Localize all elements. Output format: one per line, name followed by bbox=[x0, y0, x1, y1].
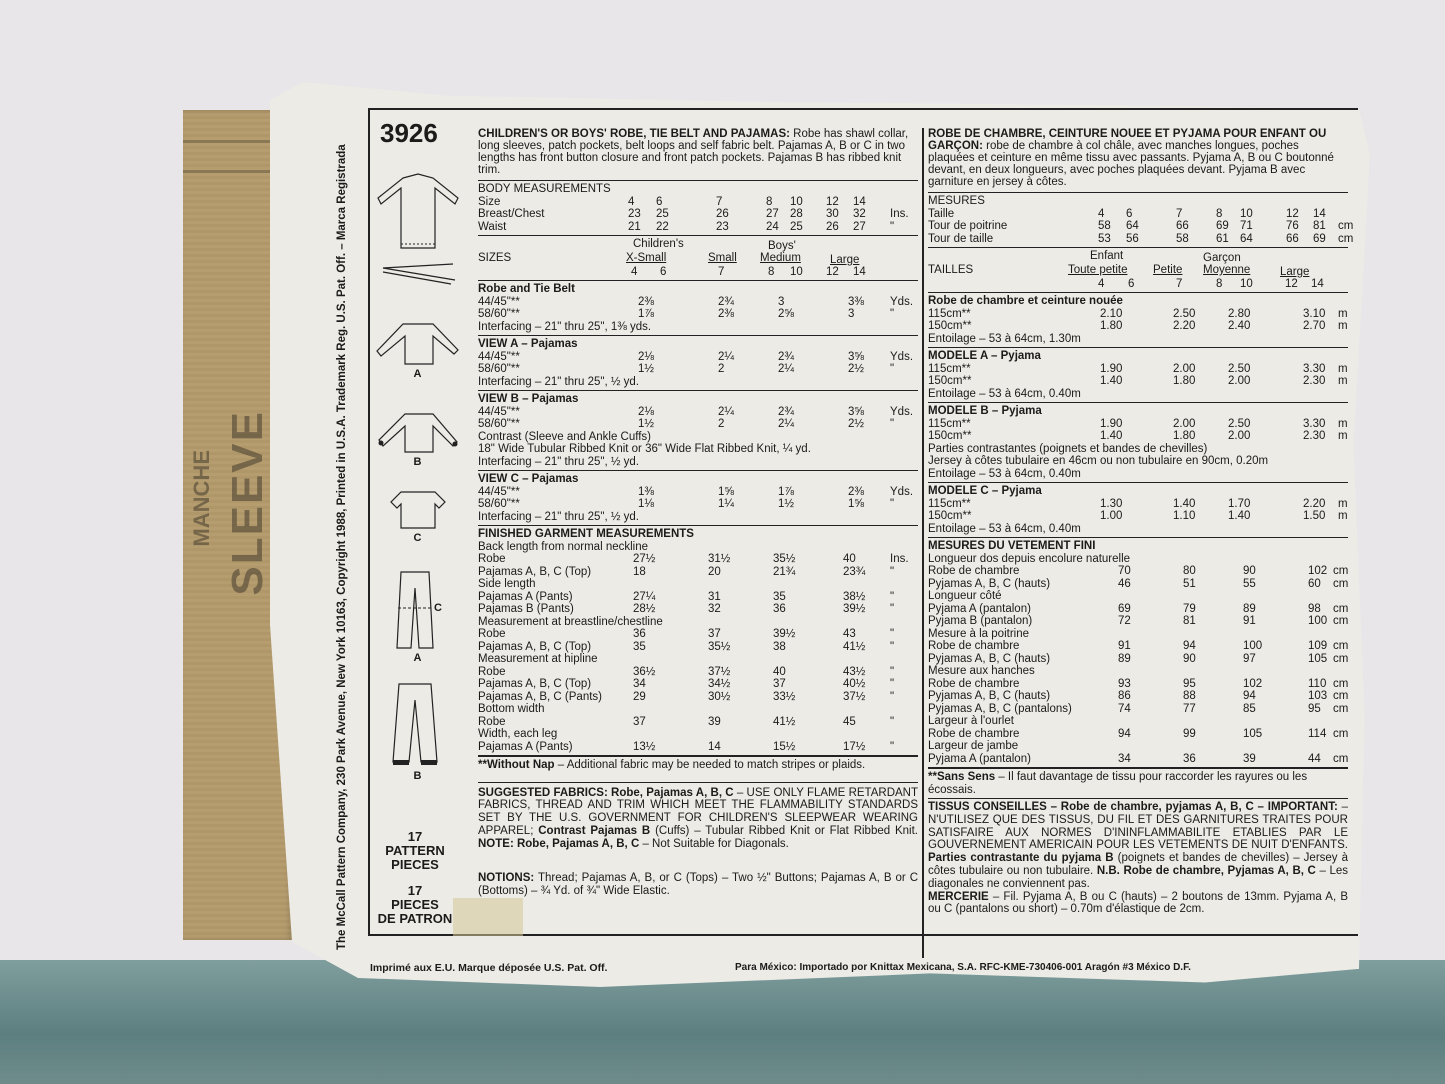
measurement-value: 10 bbox=[1240, 208, 1253, 221]
measurement-value: 30½ bbox=[708, 691, 730, 704]
row-label: Longueur dos depuis encolure naturelle bbox=[928, 553, 1130, 566]
measurement-value: 27 bbox=[766, 208, 779, 221]
measurement-value: 27½ bbox=[633, 553, 655, 566]
measurement-value: 34 bbox=[1118, 753, 1131, 766]
sizes-header: SIZES Children's Boys' X-Small Small Med… bbox=[478, 238, 918, 278]
yardage-value: 1.90 bbox=[1100, 418, 1122, 431]
yardage-value: 2¼ bbox=[718, 406, 734, 419]
measurement-value: 6 bbox=[656, 196, 662, 209]
measurement-value: 97 bbox=[1243, 653, 1256, 666]
yardage-heading: VIEW C – Pajamas bbox=[478, 473, 918, 486]
body-measurement-row: Waist21222324252627" bbox=[478, 221, 918, 234]
row-label: Breast/Chest bbox=[478, 208, 544, 221]
unit-label: " bbox=[890, 716, 894, 729]
unit-label: " bbox=[890, 308, 894, 321]
yardage-row: 58/60"**1⅞2⅜2⅝3" bbox=[478, 308, 918, 321]
measurement-value: 94 bbox=[1118, 728, 1131, 741]
measurement-value: 8 bbox=[766, 196, 772, 209]
finished-row: Robe de chambre9194100109cm bbox=[928, 640, 1348, 653]
row-label: Robe de chambre bbox=[928, 678, 1019, 691]
row-label: Robe bbox=[478, 716, 506, 729]
measurement-value: 38½ bbox=[843, 591, 865, 604]
finished-heading: FINISHED GARMENT MEASUREMENTS bbox=[478, 528, 918, 541]
sizes-heading-fr: TAILLES bbox=[928, 264, 973, 277]
pattern-number: 3926 bbox=[380, 118, 438, 149]
row-label: Tour de taille bbox=[928, 233, 993, 246]
finished-row: Pajamas B (Pants)28½323639½" bbox=[478, 603, 918, 616]
yardage-extra: Contrast (Sleeve and Ankle Cuffs) bbox=[478, 431, 918, 444]
unit-label: Ins. bbox=[890, 208, 909, 221]
yardage-value: 2⅜ bbox=[848, 486, 864, 499]
measurement-value: 15½ bbox=[773, 741, 795, 754]
cardboard-stamp-main: SLEEVE bbox=[223, 410, 273, 596]
unit-label: Yds. bbox=[890, 406, 913, 419]
row-label: Pyjamas A, B, C (hauts) bbox=[928, 653, 1050, 666]
finished-row: Robe27½31½35½40Ins. bbox=[478, 553, 918, 566]
row-label: Robe de chambre bbox=[928, 728, 1019, 741]
finished-row: Mesure aux hanches bbox=[928, 665, 1348, 678]
finished-row: Pajamas A (Pants)27¼313538½" bbox=[478, 591, 918, 604]
finished-measurements-table: Back length from normal necklineRobe27½3… bbox=[478, 541, 918, 754]
unit-label: " bbox=[890, 566, 894, 579]
measurement-value: 35 bbox=[633, 641, 646, 654]
fabric-width-label: 58/60"** bbox=[478, 498, 520, 511]
measurement-value: 110 bbox=[1308, 678, 1326, 691]
yardage-value: 1.10 bbox=[1173, 510, 1195, 523]
size-medium-fr: Moyenne bbox=[1203, 264, 1250, 277]
unit-label: m bbox=[1338, 320, 1348, 333]
row-label: Pajamas A, B, C (Top) bbox=[478, 641, 591, 654]
measurement-value: 90 bbox=[1243, 565, 1256, 578]
unit-label: " bbox=[890, 591, 894, 604]
yardage-value: 2.50 bbox=[1173, 308, 1195, 321]
section-divider bbox=[478, 390, 918, 391]
size-small: Small bbox=[708, 252, 737, 265]
row-label: Robe de chambre bbox=[928, 640, 1019, 653]
unit-label: Ins. bbox=[890, 553, 909, 566]
measurement-value: 39½ bbox=[773, 628, 795, 641]
fabrics-note-text: – Not Suitable for Diagonals. bbox=[639, 838, 789, 850]
yardage-value: 3 bbox=[778, 296, 784, 309]
yardage-heading: MODELE A – Pyjama bbox=[928, 350, 1348, 363]
yardage-value: 2¼ bbox=[778, 418, 794, 431]
measurement-value: 10 bbox=[790, 196, 803, 209]
size-number: 8 bbox=[768, 266, 774, 279]
measurement-value: 44 bbox=[1308, 753, 1321, 766]
measurement-value: 95 bbox=[1308, 703, 1321, 716]
unit-label: " bbox=[890, 221, 894, 234]
section-divider bbox=[928, 402, 1348, 403]
yardage-heading: MODELE C – Pyjama bbox=[928, 485, 1348, 498]
unit-label: cm bbox=[1333, 753, 1348, 766]
yardage-value: 1½ bbox=[638, 363, 654, 376]
yardage-heading: VIEW A – Pajamas bbox=[478, 338, 918, 351]
measurement-value: 7 bbox=[1176, 208, 1182, 221]
measurement-value: 7 bbox=[716, 196, 722, 209]
measurement-value: 12 bbox=[1286, 208, 1299, 221]
measurement-value: 66 bbox=[1176, 220, 1189, 233]
size-number: 7 bbox=[718, 266, 724, 279]
yardage-value: 2.80 bbox=[1228, 308, 1250, 321]
measurement-value: 41½ bbox=[843, 641, 865, 654]
robe-icon bbox=[373, 170, 463, 250]
yardage-value: 1⅜ bbox=[638, 486, 654, 499]
fabric-width-label: 44/45"** bbox=[478, 296, 520, 309]
finished-row: Longueur côté bbox=[928, 590, 1348, 603]
size-large-fr: Large bbox=[1280, 266, 1309, 279]
yardage-value: 2.20 bbox=[1303, 498, 1325, 511]
row-label: Pyjamas A, B, C (hauts) bbox=[928, 578, 1050, 591]
measurement-value: 61 bbox=[1216, 233, 1229, 246]
pieces-count: 17 bbox=[370, 830, 460, 844]
yardage-row: 115cm**1.301.401.702.20m bbox=[928, 498, 1348, 511]
unit-label: cm bbox=[1333, 615, 1348, 628]
row-label: Mesure aux hanches bbox=[928, 665, 1035, 678]
sizes-header-fr: TAILLES Enfant Garçon Toute petite Petit… bbox=[928, 250, 1348, 290]
size-small-fr: Petite bbox=[1153, 264, 1182, 277]
yardage-value: 2⅛ bbox=[638, 406, 654, 419]
footer-printed-note: Imprimé aux E.U. Marque déposée U.S. Pat… bbox=[370, 962, 607, 974]
english-column: CHILDREN'S OR BOYS' ROBE, TIE BELT AND P… bbox=[478, 128, 918, 898]
finished-row: Mesure à la poitrine bbox=[928, 628, 1348, 641]
notions: NOTIONS: Thread; Pajamas A, B, or C (Top… bbox=[478, 872, 918, 898]
yardage-extra: Jersey à côtes tubulaire en 46cm ou non … bbox=[928, 455, 1348, 468]
nap-note: **Without Nap – Additional fabric may be… bbox=[478, 759, 918, 772]
row-label: Measurement at hipline bbox=[478, 653, 598, 666]
measurement-value: 91 bbox=[1243, 615, 1256, 628]
yardage-extra: Entoilage – 53 à 64cm, 0.40m bbox=[928, 468, 1348, 481]
yardage-heading: MODELE B – Pyjama bbox=[928, 405, 1348, 418]
row-label: Pajamas A, B, C (Top) bbox=[478, 678, 591, 691]
unit-label: " bbox=[890, 741, 894, 754]
measurement-value: 34 bbox=[633, 678, 646, 691]
yardage-value: 2.00 bbox=[1228, 375, 1250, 388]
nap-note-label-fr: **Sans Sens bbox=[928, 771, 995, 783]
yardage-extra: Interfacing – 21" thru 25", 1⅜ yds. bbox=[478, 321, 918, 334]
size-medium: Medium bbox=[760, 252, 801, 265]
fabrics-contrast-label-fr: Parties contrastante du pyjama B bbox=[928, 852, 1114, 864]
row-label: Largeur à l'ourlet bbox=[928, 715, 1014, 728]
yardage-value: 1.70 bbox=[1228, 498, 1250, 511]
yardage-row: 150cm**1.401.802.002.30m bbox=[928, 375, 1348, 388]
body-measurements-table-fr: Taille4678101214Tour de poitrine58646669… bbox=[928, 208, 1348, 246]
finished-row: Pyjamas A, B, C (hauts)868894103cm bbox=[928, 690, 1348, 703]
size-number: 6 bbox=[1128, 278, 1134, 291]
yardage-value: 2⅜ bbox=[718, 308, 734, 321]
measurement-value: 56 bbox=[1126, 233, 1139, 246]
measurement-value: 14 bbox=[1313, 208, 1326, 221]
measurement-value: 23 bbox=[716, 221, 729, 234]
unit-label: m bbox=[1338, 375, 1348, 388]
measurement-value: 39½ bbox=[843, 603, 865, 616]
notions-text-fr: – Fil. Pyjama A, B ou C (hauts) – 2 bout… bbox=[928, 891, 1348, 916]
finished-row: Pyjama A (pantalon)69798998cm bbox=[928, 603, 1348, 616]
measurement-value: 36 bbox=[1183, 753, 1196, 766]
measurement-value: 95 bbox=[1183, 678, 1196, 691]
fabric-width-label: 150cm** bbox=[928, 375, 971, 388]
yardage-row: 58/60"**1½22¼2½" bbox=[478, 363, 918, 376]
row-label: Pyjama A (pantalon) bbox=[928, 753, 1031, 766]
measurement-value: 27 bbox=[853, 221, 866, 234]
measurement-value: 39 bbox=[1243, 753, 1256, 766]
yardage-value: 1.80 bbox=[1173, 430, 1195, 443]
measurement-value: 28 bbox=[790, 208, 803, 221]
sizes-group-children-fr: Enfant bbox=[1090, 250, 1123, 263]
section-divider bbox=[478, 335, 918, 336]
measurement-value: 29 bbox=[633, 691, 646, 704]
row-label: Back length from normal neckline bbox=[478, 541, 648, 554]
yardage-value: 2⅝ bbox=[778, 308, 794, 321]
unit-label: " bbox=[890, 691, 894, 704]
measurement-value: 64 bbox=[1240, 233, 1253, 246]
unit-label: " bbox=[890, 498, 894, 511]
size-number: 10 bbox=[1240, 278, 1253, 291]
pattern-pieces-en: 17 PATTERN PIECES bbox=[370, 830, 460, 872]
finished-row: Pajamas A, B, C (Pants)2930½33½37½" bbox=[478, 691, 918, 704]
pajama-top-a-icon bbox=[373, 320, 463, 368]
measurement-value: 4 bbox=[628, 196, 634, 209]
fabrics-note-label-fr: N.B. Robe de chambre, Pyjamas A, B, C bbox=[1097, 865, 1316, 877]
section-divider bbox=[928, 537, 1348, 538]
robe-illustration bbox=[370, 170, 465, 250]
measurement-value: 35 bbox=[773, 591, 786, 604]
notions-heading-fr: MERCERIE bbox=[928, 891, 989, 903]
unit-label: cm bbox=[1333, 703, 1348, 716]
body-measurement-row: Breast/Chest23252627283032Ins. bbox=[478, 208, 918, 221]
yardage-section: Robe and Tie Belt44/45"**2⅜2¾33⅜Yds.58/6… bbox=[478, 283, 918, 526]
row-label: Pajamas A (Pants) bbox=[478, 741, 573, 754]
body-measurements-heading-fr: MESURES bbox=[928, 195, 1348, 208]
yardage-row: 58/60"**1⅛1¼1½1⅝" bbox=[478, 498, 918, 511]
unit-label: cm bbox=[1333, 678, 1348, 691]
unit-label: " bbox=[890, 363, 894, 376]
measurement-value: 91 bbox=[1118, 640, 1131, 653]
measurement-value: 17½ bbox=[843, 741, 865, 754]
fabric-width-label: 150cm** bbox=[928, 430, 971, 443]
size-number: 14 bbox=[853, 266, 866, 279]
measurement-value: 6 bbox=[1126, 208, 1132, 221]
measurement-value: 100 bbox=[1243, 640, 1262, 653]
yardage-value: 1½ bbox=[778, 498, 794, 511]
section-divider bbox=[478, 470, 918, 471]
yardage-row: 58/60"**1½22¼2½" bbox=[478, 418, 918, 431]
body-measurements-heading: BODY MEASUREMENTS bbox=[478, 183, 918, 196]
size-number: 12 bbox=[826, 266, 839, 279]
body-measurements-table: Size4678101214Breast/Chest23252627283032… bbox=[478, 196, 918, 234]
yardage-extra: Entoilage – 53 à 64cm, 0.40m bbox=[928, 523, 1348, 536]
sizes-heading: SIZES bbox=[478, 252, 511, 265]
measurement-value: 88 bbox=[1183, 690, 1196, 703]
measurement-value: 58 bbox=[1098, 220, 1111, 233]
body-measurement-row: Tour de poitrine58646669717681cm bbox=[928, 220, 1348, 233]
yardage-value: 1.00 bbox=[1100, 510, 1122, 523]
row-label: Measurement at breastline/chestline bbox=[478, 616, 663, 629]
measurement-value: 40 bbox=[843, 553, 856, 566]
pants-b-icon bbox=[373, 680, 463, 770]
measurement-value: 46 bbox=[1118, 578, 1131, 591]
yardage-value: 2.40 bbox=[1228, 320, 1250, 333]
measurement-value: 38 bbox=[773, 641, 786, 654]
unit-label: cm bbox=[1333, 728, 1348, 741]
pajama-top-a-illustration: A bbox=[370, 320, 465, 380]
yardage-row: 150cm**1.802.202.402.70m bbox=[928, 320, 1348, 333]
fabric-width-label: 150cm** bbox=[928, 510, 971, 523]
yardage-value: 3⅝ bbox=[848, 351, 864, 364]
measurement-value: 69 bbox=[1313, 233, 1326, 246]
unit-label: Yds. bbox=[890, 296, 913, 309]
yardage-value: 2.30 bbox=[1303, 430, 1325, 443]
row-label: Pyjama A (pantalon) bbox=[928, 603, 1031, 616]
size-number: 4 bbox=[1098, 278, 1104, 291]
yardage-value: 2.30 bbox=[1303, 375, 1325, 388]
measurement-value: 22 bbox=[656, 221, 669, 234]
row-label: Robe bbox=[478, 553, 506, 566]
yardage-value: 1⅞ bbox=[638, 308, 654, 321]
fabric-width-label: 115cm** bbox=[928, 363, 971, 376]
pajama-top-b-icon bbox=[373, 410, 463, 456]
pieces-count: 17 bbox=[370, 884, 460, 898]
view-label: A bbox=[370, 368, 465, 380]
yardage-heading: Robe and Tie Belt bbox=[478, 283, 918, 296]
yardage-value: 3.30 bbox=[1303, 418, 1325, 431]
finished-row: Measurement at hipline bbox=[478, 653, 918, 666]
fabric-width-label: 115cm** bbox=[928, 308, 971, 321]
yardage-value: 2⅛ bbox=[638, 351, 654, 364]
section-divider bbox=[928, 347, 1348, 348]
measurement-value: 105 bbox=[1243, 728, 1262, 741]
row-label: Pajamas A, B, C (Top) bbox=[478, 566, 591, 579]
finished-row: Pyjama B (pantalon)728191100cm bbox=[928, 615, 1348, 628]
measurement-value: 81 bbox=[1183, 615, 1196, 628]
yardage-value: 1.40 bbox=[1100, 375, 1122, 388]
measurement-value: 13½ bbox=[633, 741, 655, 754]
yardage-value: 2.00 bbox=[1173, 418, 1195, 431]
measurement-value: 79 bbox=[1183, 603, 1196, 616]
garment-description: CHILDREN'S OR BOYS' ROBE, TIE BELT AND P… bbox=[478, 128, 918, 176]
finished-row: Pyjama A (pantalon)34363944cm bbox=[928, 753, 1348, 766]
measurement-value: 100 bbox=[1308, 615, 1327, 628]
unit-label: m bbox=[1338, 308, 1348, 321]
notions-fr: MERCERIE – Fil. Pyjama A, B ou C (hauts)… bbox=[928, 891, 1348, 917]
measurement-value: 102 bbox=[1308, 565, 1327, 578]
yardage-value: 2.70 bbox=[1303, 320, 1325, 333]
finished-row: Robe373941½45" bbox=[478, 716, 918, 729]
body-measurement-row: Tour de taille53565861646669cm bbox=[928, 233, 1348, 246]
size-large: Large bbox=[830, 254, 859, 267]
finished-heading-fr: MESURES DU VETEMENT FINI bbox=[928, 540, 1348, 553]
measurement-value: 53 bbox=[1098, 233, 1111, 246]
unit-label: cm bbox=[1338, 220, 1353, 233]
yardage-extra: Entoilage – 53 à 64cm, 0.40m bbox=[928, 388, 1348, 401]
measurement-value: 39 bbox=[708, 716, 721, 729]
unit-label: cm bbox=[1333, 565, 1348, 578]
measurement-value: 23¾ bbox=[843, 566, 865, 579]
yardage-value: 2.50 bbox=[1228, 418, 1250, 431]
yardage-row: 115cm**1.902.002.503.30m bbox=[928, 363, 1348, 376]
sizes-group-children: Children's bbox=[633, 238, 684, 251]
pajama-top-b-illustration: B bbox=[370, 410, 465, 468]
yardage-value: 1⅛ bbox=[638, 498, 654, 511]
yardage-value: 2¾ bbox=[778, 406, 794, 419]
unit-label: " bbox=[890, 418, 894, 431]
measurement-value: 71 bbox=[1240, 220, 1253, 233]
measurement-value: 34½ bbox=[708, 678, 730, 691]
notions-text: Thread; Pajamas A, B, or C (Tops) – Two … bbox=[478, 872, 918, 897]
measurement-value: 26 bbox=[716, 208, 729, 221]
yardage-row: 44/45"**2⅛2¼2¾3⅝Yds. bbox=[478, 351, 918, 364]
measurement-value: 60 bbox=[1308, 578, 1321, 591]
size-number: 6 bbox=[660, 266, 666, 279]
fabric-width-label: 58/60"** bbox=[478, 363, 520, 376]
unit-label: cm bbox=[1338, 233, 1353, 246]
unit-label: m bbox=[1338, 510, 1348, 523]
unit-label: cm bbox=[1333, 653, 1348, 666]
yardage-heading: Robe de chambre et ceinture nouée bbox=[928, 295, 1348, 308]
pattern-pieces-fr: 17 PIECES DE PATRON bbox=[370, 884, 460, 926]
measurement-value: 21¾ bbox=[773, 566, 795, 579]
yardage-row: 44/45"**1⅜1⅝1⅞2⅜Yds. bbox=[478, 486, 918, 499]
row-label: Pyjama B (pantalon) bbox=[928, 615, 1032, 628]
fabrics-note-label: NOTE: Robe, Pajamas A, B, C bbox=[478, 838, 639, 850]
measurement-value: 103 bbox=[1308, 690, 1327, 703]
garment-description-fr: ROBE DE CHAMBRE, CEINTURE NOUEE ET PYJAM… bbox=[928, 128, 1348, 188]
yardage-value: 3⅜ bbox=[848, 296, 864, 309]
section-divider bbox=[478, 525, 918, 526]
measurement-value: 64 bbox=[1126, 220, 1139, 233]
pajama-top-c-illustration: C bbox=[370, 488, 465, 544]
size-xsmall-fr: Toute petite bbox=[1068, 264, 1127, 277]
pieces-label: DE PATRON bbox=[370, 912, 460, 926]
fabrics-contrast-text: (Cuffs) – Tubular Ribbed Knit or Flat Ri… bbox=[650, 825, 918, 837]
measurement-value: 31 bbox=[708, 591, 721, 604]
measurement-value: 77 bbox=[1183, 703, 1196, 716]
unit-label: cm bbox=[1333, 690, 1348, 703]
measurement-value: 89 bbox=[1118, 653, 1131, 666]
measurement-value: 36½ bbox=[633, 666, 655, 679]
row-label: Robe de chambre bbox=[928, 565, 1019, 578]
yardage-value: 1.80 bbox=[1173, 375, 1195, 388]
finished-row: Bottom width bbox=[478, 703, 918, 716]
measurement-value: 109 bbox=[1308, 640, 1327, 653]
row-label: Longueur côté bbox=[928, 590, 1002, 603]
pants-a-c-illustration: C A bbox=[370, 568, 465, 664]
finished-row: Pyjamas A, B, C (pantalons)74778595cm bbox=[928, 703, 1348, 716]
suggested-fabrics: SUGGESTED FABRICS: Robe, Pajamas A, B, C… bbox=[478, 787, 918, 851]
size-number: 10 bbox=[790, 266, 803, 279]
measurement-value: 37½ bbox=[843, 691, 865, 704]
suggested-fabrics-fr: TISSUS CONSEILLES – Robe de chambre, pyj… bbox=[928, 801, 1348, 891]
nap-note-label: **Without Nap bbox=[478, 759, 555, 771]
measurement-value: 69 bbox=[1118, 603, 1131, 616]
measurement-value: 32 bbox=[708, 603, 721, 616]
measurement-value: 35½ bbox=[708, 641, 730, 654]
unit-label: m bbox=[1338, 363, 1348, 376]
garment-title: CHILDREN'S OR BOYS' ROBE, TIE BELT AND P… bbox=[478, 128, 790, 140]
yardage-value: 1¼ bbox=[718, 498, 734, 511]
measurement-value: 102 bbox=[1243, 678, 1262, 691]
fabrics-contrast-label: Contrast Pajamas B bbox=[538, 825, 650, 837]
measurement-value: 74 bbox=[1118, 703, 1131, 716]
yardage-value: 2 bbox=[718, 418, 724, 431]
finished-row: Robe36½37½4043½" bbox=[478, 666, 918, 679]
yardage-row: 115cm**1.902.002.503.30m bbox=[928, 418, 1348, 431]
measurement-value: 99 bbox=[1183, 728, 1196, 741]
fabric-width-label: 115cm** bbox=[928, 418, 971, 431]
measurement-value: 26 bbox=[826, 221, 839, 234]
measurement-value: 55 bbox=[1243, 578, 1256, 591]
yardage-value: 2.00 bbox=[1228, 430, 1250, 443]
pieces-label: PATTERN bbox=[370, 844, 460, 858]
